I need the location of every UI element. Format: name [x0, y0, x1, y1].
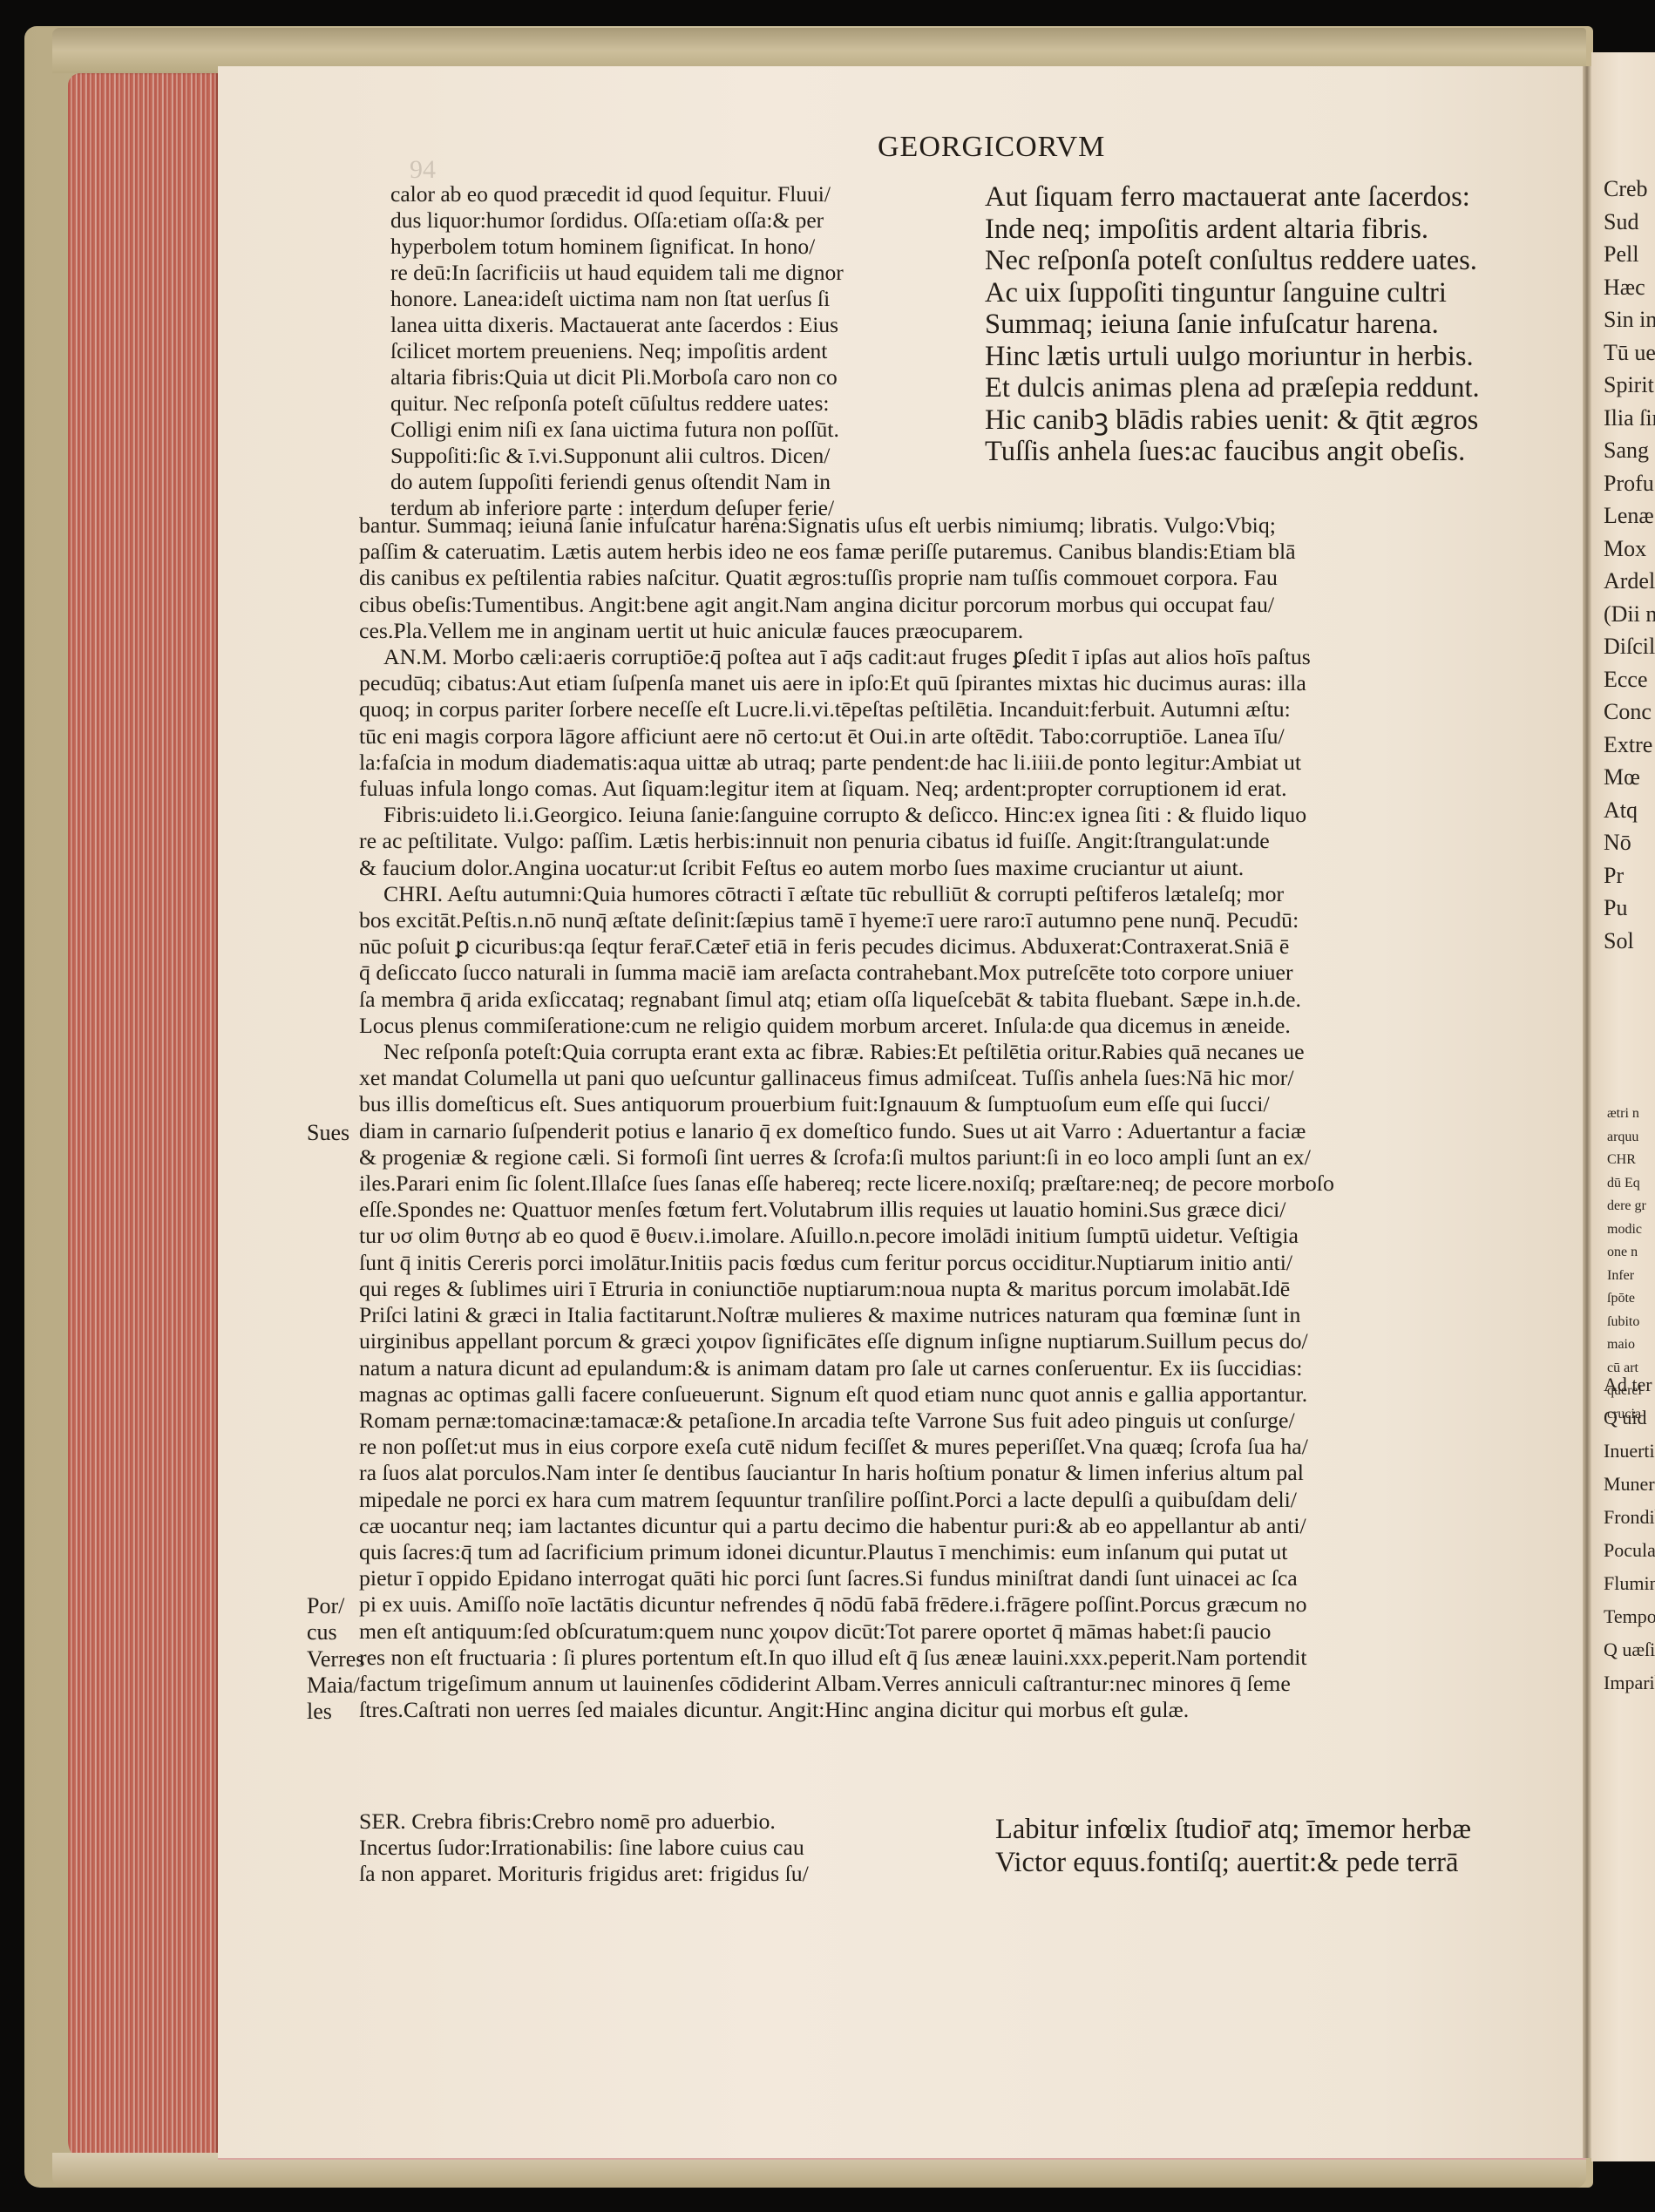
commentary-line: CHRI. Aeſtu autumni:Quia humores cōtract…: [359, 881, 1550, 907]
commentary-line: ces.Pla.Vellem me in anginam uertit ut h…: [359, 618, 1550, 644]
facing-commentary-fragment: ſubito: [1607, 1311, 1646, 1334]
top-verse-column: Aut ſiquam ferro mactauerat ante ſacerdo…: [985, 181, 1543, 468]
commentary-line: pecudūq; cibatus:Aut etiam ſuſpenſa mane…: [359, 670, 1550, 696]
commentary-line: Colligi enim niſi ex ſana uictima futura…: [390, 417, 1000, 443]
commentary-line: Suppoſiti:ſic & ī.vi.Supponunt alii cult…: [390, 443, 1000, 469]
verse-line: Ac uix ſuppoſiti tinguntur ſanguine cult…: [985, 277, 1543, 309]
facing-verse-fragment: Pu: [1604, 892, 1655, 925]
top-commentary-column: calor ab eo quod præcedit id quod ſequit…: [390, 181, 1000, 521]
facing-verse-fragment: Pocula ſ: [1604, 1534, 1655, 1567]
facing-verse-fragment: Munera: [1604, 1468, 1655, 1501]
facing-verse-fragment: Ilia ſin: [1604, 402, 1655, 435]
commentary-line: Incertus ſudor:Irrationabilis: ſine labo…: [359, 1835, 987, 1861]
commentary-line: men eſt antiquum:ſed obſcuratum:quem nun…: [359, 1618, 1550, 1645]
marginal-note: cus: [307, 1619, 337, 1645]
facing-verse-fragment: Sud: [1604, 206, 1655, 239]
commentary-line: q̄ deſiccato ſucco naturali in ſumma mac…: [359, 960, 1550, 986]
facing-verse-fragment: Spirit: [1604, 369, 1655, 402]
show-through-folio: 94: [410, 155, 436, 185]
commentary-line: calor ab eo quod præcedit id quod ſequit…: [390, 181, 1000, 207]
facing-verse-fragment: Extre: [1604, 729, 1655, 762]
commentary-line: qui reges & ſublimes uiri ī Etruria in c…: [359, 1276, 1550, 1302]
commentary-line: dus liquor:humor ſordidus. Oſſa:etiam oſ…: [390, 207, 1000, 234]
commentary-line: fuluas infula longo comas. Aut ſiquam:le…: [359, 776, 1550, 802]
facing-verse-fragment: Lenæ: [1604, 499, 1655, 533]
facing-commentary-fragment: one n: [1607, 1241, 1646, 1265]
bottom-commentary-column: SER. Crebra fibris:Crebro nomē pro aduer…: [359, 1808, 987, 1888]
marginal-note: Maia/: [307, 1673, 360, 1698]
commentary-line: iles.Parari enim ſic ſolent.Illaſce ſues…: [359, 1170, 1550, 1197]
marginal-note: Por/: [307, 1593, 344, 1618]
commentary-line: xet mandat Columella ut pani quo ueſcunt…: [359, 1065, 1550, 1091]
commentary-line: dis canibus ex peſtilentia rabies naſcit…: [359, 565, 1550, 591]
verse-line: Et dulcis animas plena ad præſepia reddu…: [985, 372, 1543, 404]
commentary-line: tur υσ olim θυτησ ab eo quod ē θυειν.i.i…: [359, 1223, 1550, 1249]
facing-verse-fragment: Tū ue: [1604, 336, 1655, 370]
verse-line: Summaq; ieiuna ſanie infuſcatur harena.: [985, 309, 1543, 341]
facing-verse-fragment: Inuertil: [1604, 1435, 1655, 1468]
verse-line: Labitur infœlix ſtudior̄ atq; īmemor her…: [995, 1813, 1553, 1846]
marginal-note: les: [307, 1699, 332, 1724]
verse-line: Tuſſis anhela ſues:ac faucibus angit obe…: [985, 436, 1543, 468]
facing-verse-fragment: Pell: [1604, 238, 1655, 271]
commentary-line: ſa membra q̄ arida exſiccataq; regnabant…: [359, 987, 1550, 1013]
facing-verse-fragment: Ardel: [1604, 565, 1655, 598]
commentary-line: Romam pernæ:tomacinæ:tamacæ:& petaſione.…: [359, 1408, 1550, 1434]
commentary-line: & progeniæ & regione cæli. Si formoſi ſi…: [359, 1144, 1550, 1170]
commentary-line: bos excitāt.Peſtis.n.nō nunq̄ æſtate deſ…: [359, 907, 1550, 933]
commentary-line: altaria fibris:Quia ut dicit Pli.Morboſa…: [390, 364, 1000, 390]
commentary-line: bus illis domeſticus eſt. Sues antiquoru…: [359, 1091, 1550, 1117]
commentary-line: & faucium dolor.Angina uocatur:ut ſcribi…: [359, 855, 1550, 881]
bottom-verse-column: Labitur infœlix ſtudior̄ atq; īmemor her…: [995, 1813, 1553, 1879]
facing-verse-fragment: Mœ: [1604, 761, 1655, 794]
commentary-line: pi ex uuis. Amiſſo noīe lactātis dicuntu…: [359, 1591, 1550, 1618]
facing-commentary-fragment: dū Eq: [1607, 1172, 1646, 1196]
commentary-line: bantur. Summaq; ieiuna ſanie infuſcatur …: [359, 512, 1550, 539]
facing-verse-fragment: (Dii n: [1604, 598, 1655, 631]
commentary-line: cæ uocantur neq; iam lactantes dicuntur …: [359, 1513, 1550, 1539]
facing-commentary-fragment: Infer: [1607, 1265, 1646, 1288]
commentary-line: eſſe.Spondes ne: Quattuor menſes fœtum f…: [359, 1197, 1550, 1223]
commentary-line: res non eſt fructuaria : ſi plures porte…: [359, 1645, 1550, 1671]
verse-line: Nec reſponſa poteſt conſultus reddere ua…: [985, 245, 1543, 277]
facing-verse-fragment: Nō: [1604, 826, 1655, 859]
commentary-line: AN.M. Morbo cæli:aeris corruptiōe:q̄ poſ…: [359, 644, 1550, 670]
commentary-line: ſcilicet mortem preueniens. Neq; impoſit…: [390, 338, 1000, 364]
marginal-note: Sues: [307, 1120, 349, 1145]
facing-commentary-fragment: maio: [1607, 1333, 1646, 1357]
commentary-line: quitur. Nec reſponſa poteſt cūſultus red…: [390, 390, 1000, 417]
facing-verse-fragment: Flumina: [1604, 1567, 1655, 1600]
verse-line: Hinc lætis urtuli uulgo moriuntur in her…: [985, 341, 1543, 373]
facing-verse-fragment: Profu: [1604, 467, 1655, 500]
commentary-line: quis ſacres:q̄ tum ad ſacrificium primum…: [359, 1539, 1550, 1565]
facing-verse-fragment: Diſcil: [1604, 630, 1655, 663]
facing-verse-fragment: Tempor: [1604, 1600, 1655, 1633]
facing-commentary-fragment: dere gr: [1607, 1195, 1646, 1218]
commentary-line: re ac peſtilitate. Vulgo: paſſim. Lætis …: [359, 828, 1550, 854]
commentary-line: magnas ac optimas galli facere conſueuer…: [359, 1381, 1550, 1408]
facing-verse-fragment: Q uid: [1604, 1401, 1655, 1435]
verse-line: Hic canibꝫ blādis rabies uenit: & q̄tit …: [985, 404, 1543, 437]
facing-commentary-fragment: modic: [1607, 1218, 1646, 1242]
commentary-line: mipedale ne porci ex hara cum matrem ſeq…: [359, 1487, 1550, 1513]
commentary-line: factum trigeſimum annum ut lauinenſes cō…: [359, 1671, 1550, 1697]
commentary-line: lanea uitta dixeris. Mactauerat ante ſac…: [390, 312, 1000, 338]
commentary-line: ſunt q̄ initis Cereris porci imolātur.In…: [359, 1250, 1550, 1276]
red-stained-fore-edge: [68, 73, 218, 2165]
commentary-line: ſtres.Caſtrati non uerres ſed maiales di…: [359, 1697, 1550, 1723]
commentary-line: honore. Lanea:ideſt uictima nam non ſtat…: [390, 286, 1000, 312]
commentary-line: do autem ſuppoſiti feriendi genus oſtend…: [390, 469, 1000, 495]
facing-verse-fragment: Pr: [1604, 859, 1655, 892]
commentary-line: re deū:In ſacrificiis ut haud equidem ta…: [390, 260, 1000, 286]
facing-commentary-fragment: CHR: [1607, 1149, 1646, 1172]
commentary-line: nūc poſuit ꝑ cicuribus:qa ſeqtur ferar̄.…: [359, 933, 1550, 960]
facing-verse-fragment: Sang: [1604, 434, 1655, 467]
facing-verse-fragment: Imparib: [1604, 1666, 1655, 1700]
commentary-line: diam in carnario ſuſpenderit potius e la…: [359, 1118, 1550, 1144]
full-width-commentary: bantur. Summaq; ieiuna ſanie infuſcatur …: [359, 512, 1550, 1723]
commentary-line: Fibris:uideto li.i.Georgico. Ieiuna ſani…: [359, 802, 1550, 828]
facing-verse-fragment: Sol: [1604, 925, 1655, 958]
commentary-line: la:faſcia in modum diadematis:aqua uittæ…: [359, 750, 1550, 776]
facing-verse-fragment: Conc: [1604, 695, 1655, 729]
commentary-line: re non poſſet:ut mus in eius corpore exe…: [359, 1434, 1550, 1460]
facing-verse-fragment: Atq: [1604, 794, 1655, 827]
commentary-line: uirginibus appellant porcum & græci χοιρ…: [359, 1328, 1550, 1354]
verse-line: Inde neq; impoſitis ardent altaria fibri…: [985, 214, 1543, 246]
facing-verse-fragment: Ad ter: [1604, 1368, 1655, 1401]
facing-verse-fragment: Mox: [1604, 533, 1655, 566]
facing-verse-fragment: Sin in: [1604, 303, 1655, 336]
facing-commentary-fragment: ſpōte: [1607, 1287, 1646, 1311]
commentary-line: ra ſuos alat porculos.Nam inter ſe denti…: [359, 1460, 1550, 1486]
facing-commentary-fragment: arquu: [1607, 1126, 1646, 1150]
commentary-line: natum a natura dicunt ad epulandum:& is …: [359, 1355, 1550, 1381]
commentary-line: ſa non apparet. Morituris frigidus aret:…: [359, 1861, 987, 1887]
marginal-note: Verres: [307, 1646, 364, 1672]
verse-line: Aut ſiquam ferro mactauerat ante ſacerdo…: [985, 181, 1543, 214]
commentary-line: cibus obeſis:Tumentibus. Angit:bene agit…: [359, 592, 1550, 618]
facing-verse-fragment: Ecce: [1604, 663, 1655, 696]
facing-verse-fragment: Frondib: [1604, 1501, 1655, 1534]
facing-verse-fragment: Hæc: [1604, 271, 1655, 304]
facing-page-verse-fragments: CrebSudPellHæcSin inTū ueSpiritIlia ſinS…: [1604, 173, 1655, 957]
commentary-line: quoq; in corpus pariter ſorbere neceſſe …: [359, 696, 1550, 723]
commentary-line: Nec reſponſa poteſt:Quia corrupta erant …: [359, 1039, 1550, 1065]
verse-line: Victor equus.fontiſq; auertit:& pede ter…: [995, 1846, 1553, 1879]
facing-verse-fragment: Q uæſin: [1604, 1633, 1655, 1666]
commentary-line: tūc eni magis corpora lāgore afficiunt a…: [359, 723, 1550, 750]
commentary-line: pietur ī oppido Epidano interrogat quāti…: [359, 1565, 1550, 1591]
commentary-line: paſſim & cateruatim. Lætis autem herbis …: [359, 539, 1550, 565]
running-head: GEORGICORVM: [878, 131, 1105, 164]
facing-commentary-fragment: ætri n: [1607, 1103, 1646, 1126]
commentary-line: Priſci latini & græci in Italia factitar…: [359, 1302, 1550, 1328]
commentary-line: Locus plenus commiſeratione:cum ne relig…: [359, 1013, 1550, 1039]
facing-page-verse-fragments-bottom: Ad terQ uidInuertilMuneraFrondibPocula ſ…: [1604, 1368, 1655, 1700]
commentary-line: SER. Crebra fibris:Crebro nomē pro aduer…: [359, 1808, 987, 1835]
gutter: [1583, 66, 1591, 2158]
commentary-line: hyperbolem totum hominem ſignificat. In …: [390, 234, 1000, 260]
facing-verse-fragment: Creb: [1604, 173, 1655, 206]
